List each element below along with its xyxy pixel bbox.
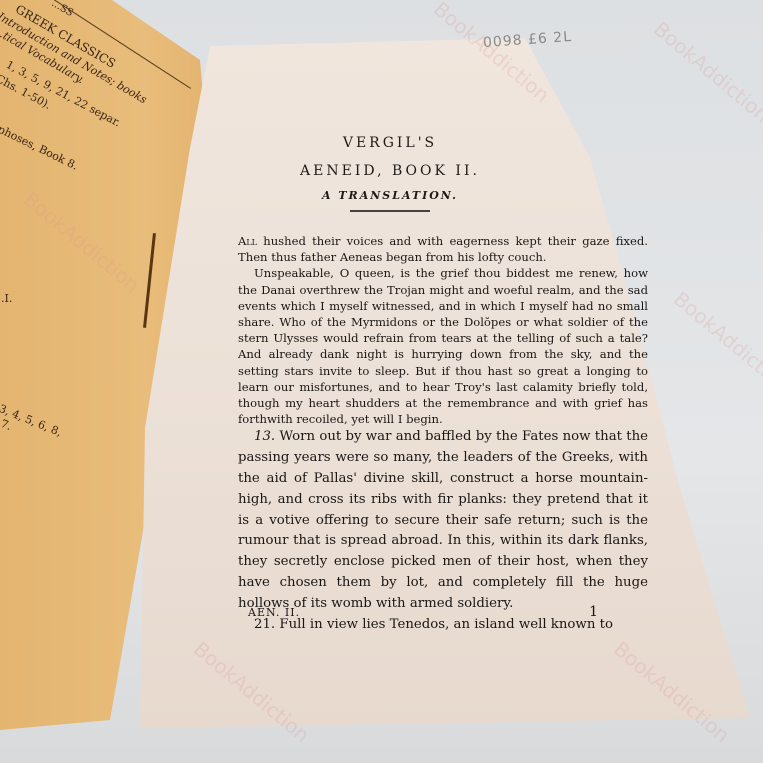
paragraph-1: All hushed their voices and with eagerne… [238, 233, 648, 265]
pencil-annotation: 0098 £6 2L [483, 29, 573, 51]
cover-line: ...SS [50, 0, 75, 19]
spine-staple-mark [143, 233, 156, 328]
page-footer: AEN. II. 1 [248, 606, 608, 619]
signature-mark: AEN. II. [248, 606, 300, 619]
title-rule [350, 210, 430, 212]
paragraph-3-text: Worn out by war and baffled by the Fates… [238, 429, 648, 610]
page-number: 1 [589, 604, 598, 620]
paragraph-1-lead: All [238, 234, 257, 248]
watermark: BookAddiction [649, 17, 763, 128]
title-block: VERGIL'S AENEID, BOOK II. A TRANSLATION. [240, 135, 540, 212]
watermark: BookAddiction [669, 287, 763, 398]
large-text-section: 13. Worn out by war and baffled by the F… [238, 427, 648, 635]
cover-line: ...I. [0, 292, 12, 305]
line-number-13: 13. [254, 429, 275, 444]
paragraph-2: Unspeakable, O queen, is the grief thou … [238, 265, 648, 427]
photo-scene: ...SS GREEK CLASSICS Introduction and No… [0, 0, 763, 763]
cover-line: ...phoses, Book 8. [0, 118, 80, 173]
subtitle: A TRANSLATION. [240, 189, 540, 202]
paragraph-1-text: hushed their voices and with eagerness k… [238, 234, 648, 264]
paragraph-3: 13. Worn out by war and baffled by the F… [238, 427, 648, 614]
title-work: AENEID, BOOK II. [240, 163, 540, 179]
body-text: All hushed their voices and with eagerne… [238, 233, 648, 635]
title-author: VERGIL'S [240, 135, 540, 151]
